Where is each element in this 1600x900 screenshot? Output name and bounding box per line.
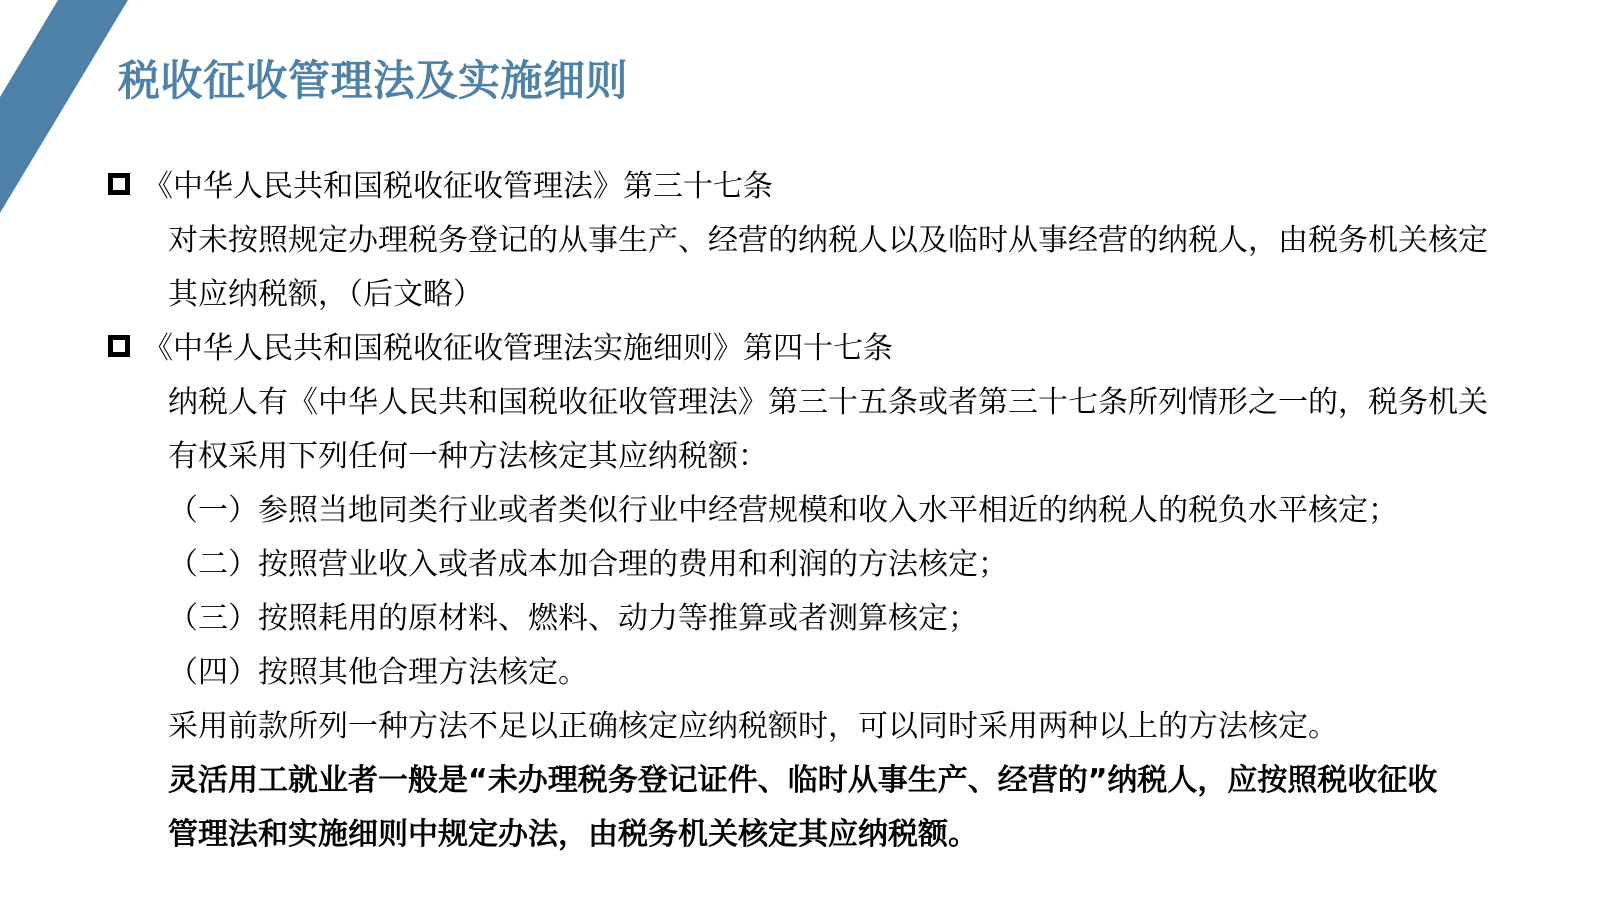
body-text-line: 对未按照规定办理税务登记的从事生产、经营的纳税人以及临时从事经营的纳税人，由税务… [108,214,1488,268]
body-text-line: 管理法和实施细则中规定办法，由税务机关核定其应纳税额。 [108,808,1488,862]
paragraph: 灵活用工就业者一般是“未办理税务登记证件、临时从事生产、经营的”纳税人，应按照税… [108,754,1488,862]
paragraph: （二）按照营业收入或者成本加合理的费用和利润的方法核定； [108,538,1488,592]
body-text-line: 有权采用下列任何一种方法核定其应纳税额： [108,430,1488,484]
bullet-item: 《中华人民共和国税收征收管理法实施细则》第四十七条 [108,322,1488,376]
paragraph: 采用前款所列一种方法不足以正确核定应纳税额时，可以同时采用两种以上的方法核定。 [108,700,1488,754]
bullet-line: 《中华人民共和国税收征收管理法》第三十七条 [108,160,1488,214]
slide-body-text: 《中华人民共和国税收征收管理法》第三十七条对未按照规定办理税务登记的从事生产、经… [108,160,1488,862]
paragraph: 对未按照规定办理税务登记的从事生产、经营的纳税人以及临时从事经营的纳税人，由税务… [108,214,1488,322]
body-text-line: 采用前款所列一种方法不足以正确核定应纳税额时，可以同时采用两种以上的方法核定。 [108,700,1488,754]
body-text-line: 灵活用工就业者一般是“未办理税务登记证件、临时从事生产、经营的”纳税人，应按照税… [108,754,1488,808]
paragraph: （一）参照当地同类行业或者类似行业中经营规模和收入水平相近的纳税人的税负水平核定… [108,484,1488,538]
body-text-line: （一）参照当地同类行业或者类似行业中经营规模和收入水平相近的纳税人的税负水平核定… [108,484,1488,538]
body-text-line: （二）按照营业收入或者成本加合理的费用和利润的方法核定； [108,538,1488,592]
body-text-line: （三）按照耗用的原材料、燃料、动力等推算或者测算核定； [108,592,1488,646]
presentation-slide: 税收征收管理法及实施细则 《中华人民共和国税收征收管理法》第三十七条对未按照规定… [0,0,1600,900]
hollow-square-bullet-icon [108,335,130,357]
bullet-text: 《中华人民共和国税收征收管理法实施细则》第四十七条 [143,331,893,366]
bullet-text: 《中华人民共和国税收征收管理法》第三十七条 [143,169,773,204]
page-title: 税收征收管理法及实施细则 [118,48,628,108]
bullet-line: 《中华人民共和国税收征收管理法实施细则》第四十七条 [108,322,1488,376]
paragraph: （四）按照其他合理方法核定。 [108,646,1488,700]
hollow-square-bullet-icon [108,173,130,195]
paragraph: 纳税人有《中华人民共和国税收征收管理法》第三十五条或者第三十七条所列情形之一的，… [108,376,1488,484]
bullet-item: 《中华人民共和国税收征收管理法》第三十七条 [108,160,1488,214]
body-text-line: （四）按照其他合理方法核定。 [108,646,1488,700]
body-text-line: 纳税人有《中华人民共和国税收征收管理法》第三十五条或者第三十七条所列情形之一的，… [108,376,1488,430]
paragraph: （三）按照耗用的原材料、燃料、动力等推算或者测算核定； [108,592,1488,646]
body-text-line: 其应纳税额，（后文略） [108,268,1488,322]
